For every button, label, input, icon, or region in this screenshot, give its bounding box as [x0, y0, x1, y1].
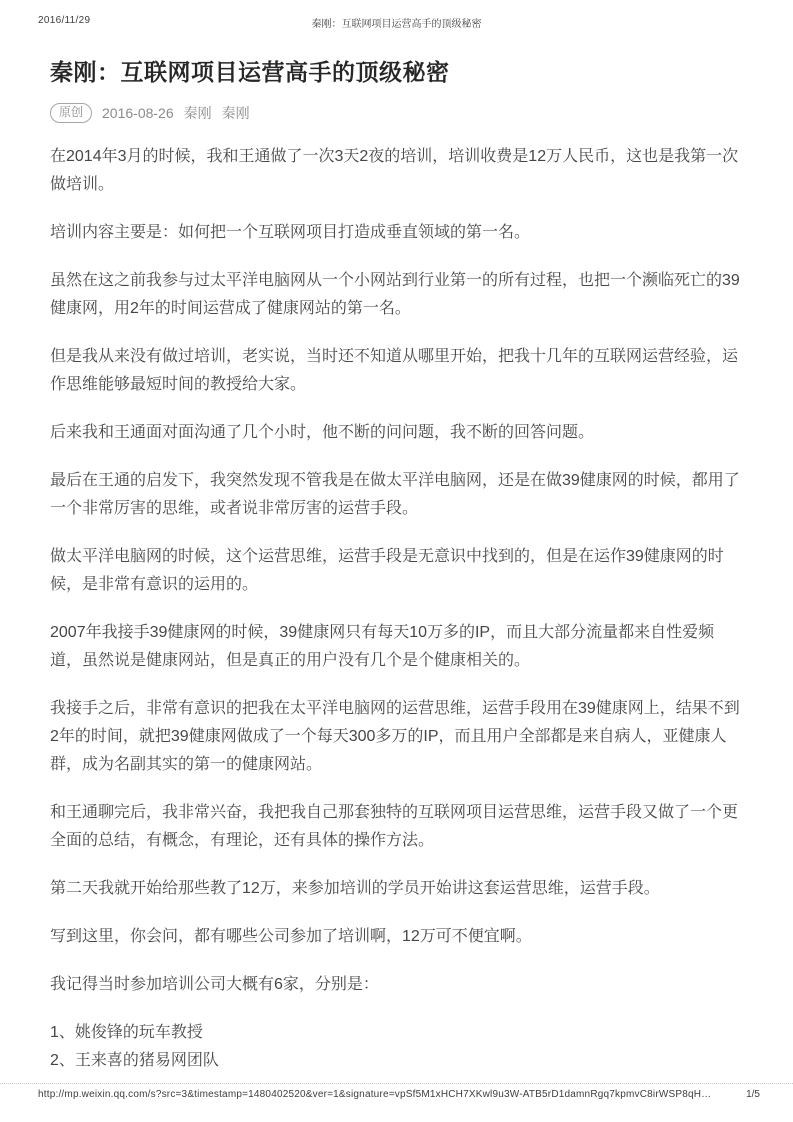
paragraph: 在2014年3月的时候，我和王通做了一次3天2夜的培训，培训收费是12万人民币，…	[50, 143, 746, 199]
print-footer-url: http://mp.weixin.qq.com/s?src=3&timestam…	[38, 1089, 711, 1100]
author-name: 秦刚	[184, 103, 212, 123]
print-footer: http://mp.weixin.qq.com/s?src=3&timestam…	[38, 1089, 760, 1100]
page-break-dotted-line	[0, 1083, 793, 1084]
paragraph: 后来我和王通面对面沟通了几个小时，他不断的问问题，我不断的回答问题。	[50, 419, 746, 447]
article-body: 秦刚：互联网项目运营高手的顶级秘密 原创 2016-08-26 秦刚 秦刚 在2…	[50, 56, 746, 1075]
paragraph: 我记得当时参加培训公司大概有6家，分别是：	[50, 971, 746, 999]
print-header-title: 秦刚：互联网项目运营高手的顶级秘密	[100, 15, 693, 30]
article-meta-row: 原创 2016-08-26 秦刚 秦刚	[50, 103, 746, 123]
printed-page: 2016/11/29 秦刚：互联网项目运营高手的顶级秘密 秦刚：互联网项目运营高…	[0, 0, 793, 1122]
print-header-date: 2016/11/29	[38, 15, 90, 26]
paragraph: 最后在王通的启发下，我突然发现不管我是在做太平洋电脑网，还是在做39健康网的时候…	[50, 467, 746, 523]
print-header: 2016/11/29 秦刚：互联网项目运营高手的顶级秘密	[0, 13, 793, 29]
paragraph: 虽然在这之前我参与过太平洋电脑网从一个小网站到行业第一的所有过程，也把一个濒临死…	[50, 267, 746, 323]
paragraph: 2007年我接手39健康网的时候，39健康网只有每天10万多的IP，而且大部分流…	[50, 619, 746, 675]
paragraph: 第二天我就开始给那些教了12万，来参加培训的学员开始讲这套运营思维，运营手段。	[50, 875, 746, 903]
original-badge: 原创	[50, 103, 92, 123]
paragraph: 培训内容主要是：如何把一个互联网项目打造成垂直领域的第一名。	[50, 219, 746, 247]
print-footer-page-number: 1/5	[746, 1089, 760, 1100]
publish-date: 2016-08-26	[102, 103, 174, 123]
paragraph: 做太平洋电脑网的时候，这个运营思维，运营手段是无意识中找到的，但是在运作39健康…	[50, 543, 746, 599]
list-item: 1、姚俊锋的玩车教授	[50, 1019, 746, 1047]
list-item: 2、王来喜的猪易网团队	[50, 1047, 746, 1075]
paragraph: 我接手之后，非常有意识的把我在太平洋电脑网的运营思维，运营手段用在39健康网上，…	[50, 695, 746, 779]
paragraph: 但是我从来没有做过培训，老实说，当时还不知道从哪里开始，把我十几年的互联网运营经…	[50, 343, 746, 399]
article-title: 秦刚：互联网项目运营高手的顶级秘密	[50, 56, 746, 88]
paragraph: 写到这里，你会问，都有哪些公司参加了培训啊，12万可不便宜啊。	[50, 923, 746, 951]
account-name: 秦刚	[222, 103, 250, 123]
paragraph: 和王通聊完后，我非常兴奋，我把我自己那套独特的互联网项目运营思维，运营手段又做了…	[50, 799, 746, 855]
